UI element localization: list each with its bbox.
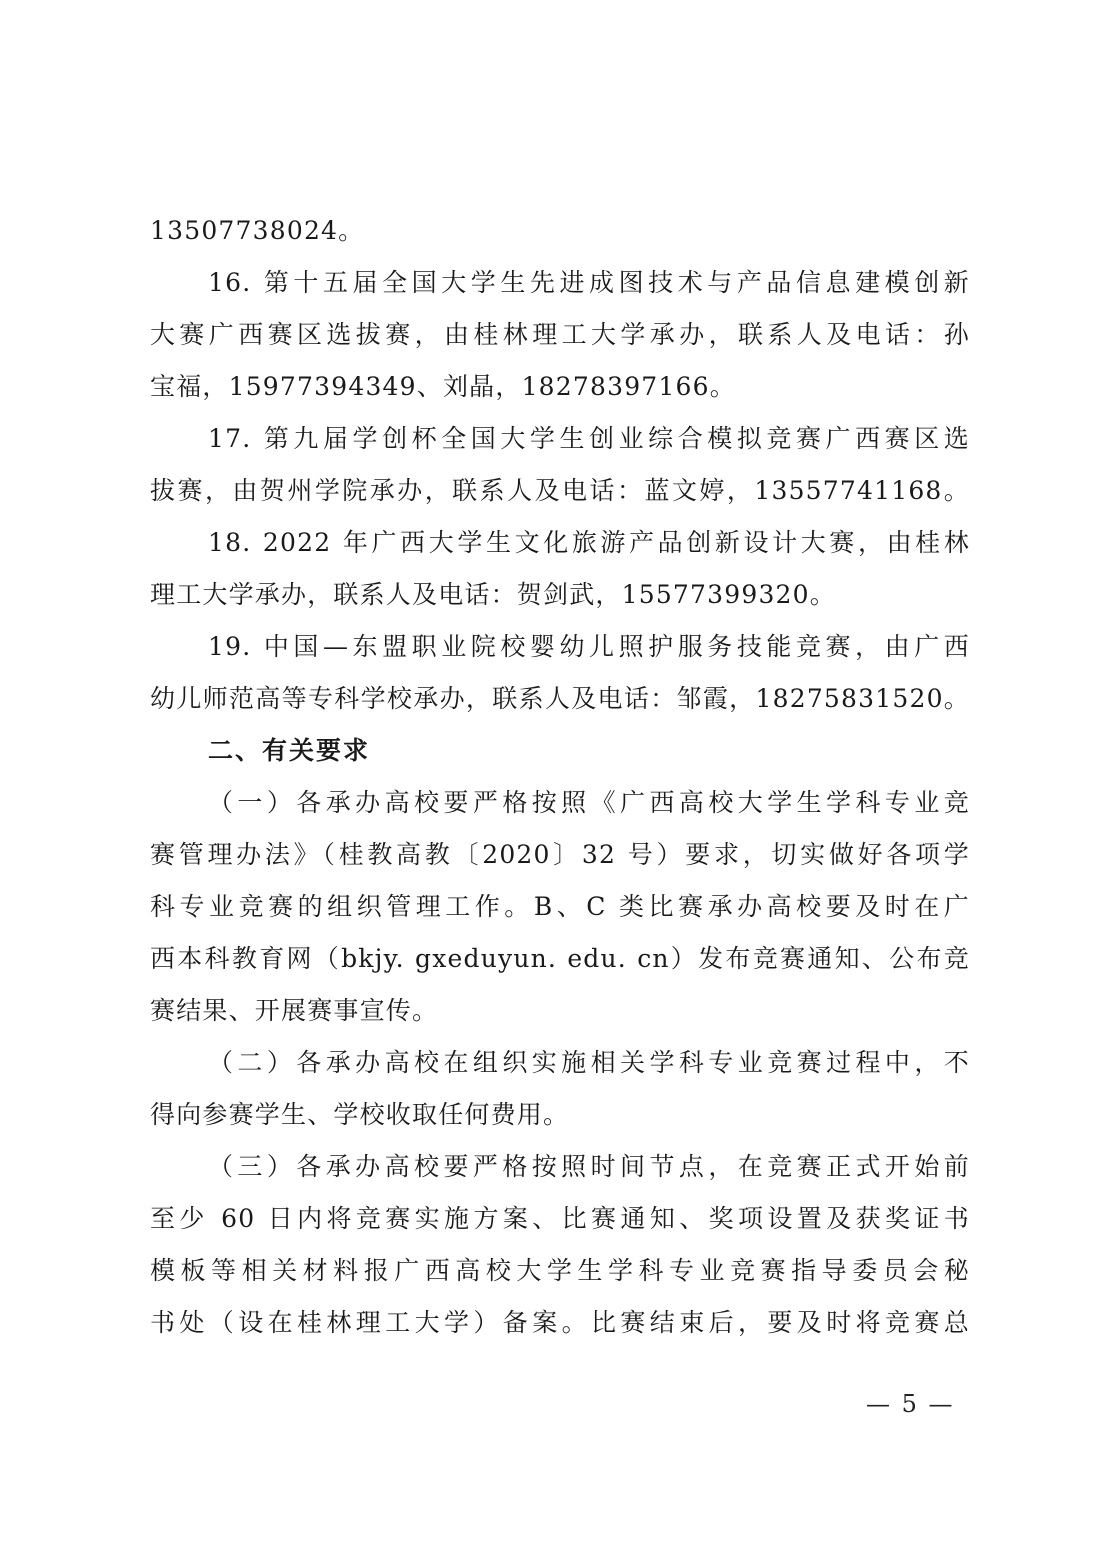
paragraph-17-line-1: 17. 第九届学创杯全国大学生创业综合模拟竞赛广西赛区选 <box>150 413 970 465</box>
paragraph-17-line-2: 拔赛，由贺州学院承办，联系人及电话：蓝文婷，13557741168。 <box>150 465 970 517</box>
requirement-3-line-4: 书处（设在桂林理工大学）备案。比赛结束后，要及时将竞赛总 <box>150 1297 970 1349</box>
requirement-2-line-2: 得向参赛学生、学校收取任何费用。 <box>150 1089 970 1141</box>
document-body: 13507738024。 16. 第十五届全国大学生先进成图技术与产品信息建模创… <box>150 205 970 1349</box>
paragraph-19-line-1: 19. 中国—东盟职业院校婴幼儿照护服务技能竞赛，由广西 <box>150 621 970 673</box>
paragraph-18-line-2: 理工大学承办，联系人及电话：贺剑武，15577399320。 <box>150 569 970 621</box>
requirement-3-line-3: 模板等相关材料报广西高校大学生学科专业竞赛指导委员会秘 <box>150 1245 970 1297</box>
requirement-1-line-1: （一）各承办高校要严格按照《广西高校大学生学科专业竞 <box>150 777 970 829</box>
paragraph-15-tail-line-1: 13507738024。 <box>150 205 970 257</box>
requirement-1-line-4: 西本科教育网（bkjy. gxeduyun. edu. cn）发布竞赛通知、公布… <box>150 933 970 985</box>
section-heading-requirements: 二、有关要求 <box>150 725 970 777</box>
requirement-1-line-5: 赛结果、开展赛事宣传。 <box>150 985 970 1037</box>
requirement-3-line-2: 至少 60 日内将竞赛实施方案、比赛通知、奖项设置及获奖证书 <box>150 1193 970 1245</box>
page-number: — 5 — <box>866 1388 955 1420</box>
requirement-1-line-2: 赛管理办法》（桂教高教〔2020〕32 号）要求，切实做好各项学 <box>150 829 970 881</box>
requirement-3-line-1: （三）各承办高校要严格按照时间节点，在竞赛正式开始前 <box>150 1141 970 1193</box>
paragraph-19-line-2: 幼儿师范高等专科学校承办，联系人及电话：邹霞，18275831520。 <box>150 673 970 725</box>
paragraph-16-line-1: 16. 第十五届全国大学生先进成图技术与产品信息建模创新 <box>150 257 970 309</box>
requirement-1-line-3: 科专业竞赛的组织管理工作。B、C 类比赛承办高校要及时在广 <box>150 881 970 933</box>
paragraph-16-line-3: 宝福，15977394349、刘晶，18278397166。 <box>150 361 970 413</box>
paragraph-16-line-2: 大赛广西赛区选拔赛，由桂林理工大学承办，联系人及电话：孙 <box>150 309 970 361</box>
paragraph-18-line-1: 18. 2022 年广西大学生文化旅游产品创新设计大赛，由桂林 <box>150 517 970 569</box>
document-page: 13507738024。 16. 第十五届全国大学生先进成图技术与产品信息建模创… <box>0 0 1108 1567</box>
requirement-2-line-1: （二）各承办高校在组织实施相关学科专业竞赛过程中，不 <box>150 1037 970 1089</box>
